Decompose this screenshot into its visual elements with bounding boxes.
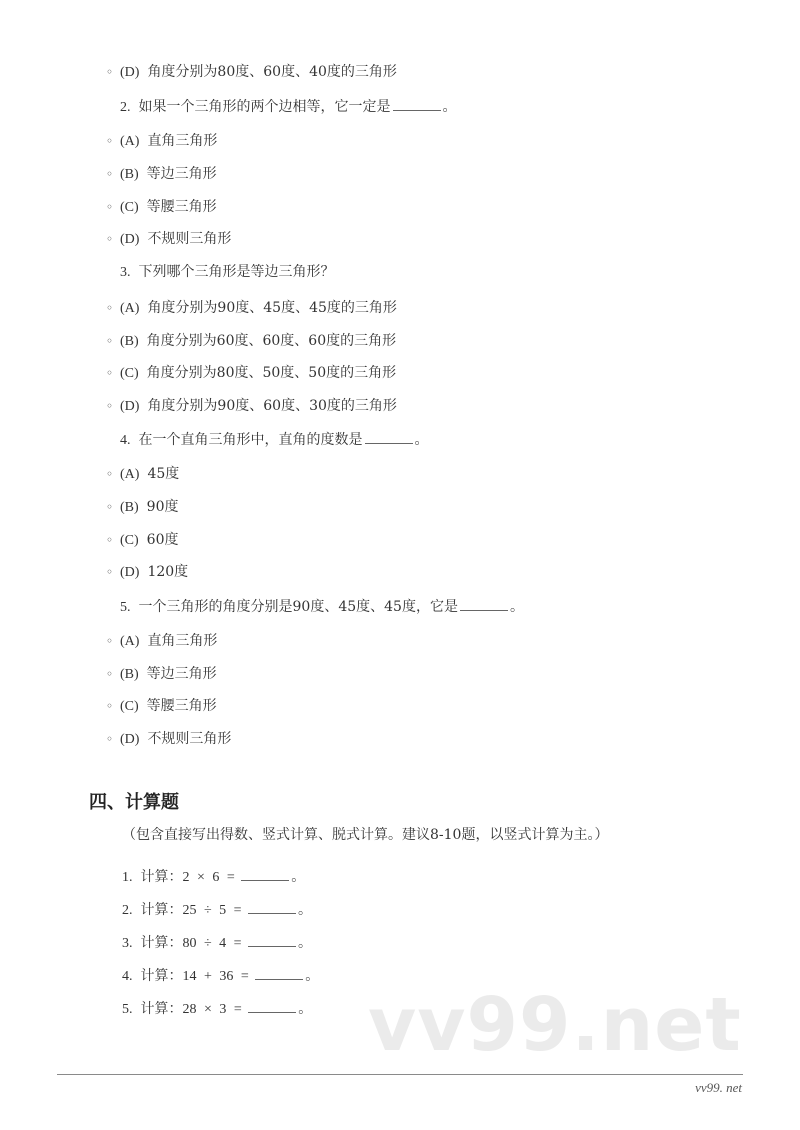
calc-label: 计算： [141, 1001, 183, 1017]
option-letter: (D) [120, 563, 139, 583]
calc-end: 。 [298, 902, 312, 918]
bullet-circle-icon: ◦ [106, 164, 120, 184]
question-end: 。 [510, 599, 524, 615]
answer-blank [393, 96, 441, 111]
option-item: ◦(D)120度 [106, 562, 188, 583]
option-text: 角度分别为80度、60度、40度的三角形 [147, 64, 396, 80]
bullet-circle-icon: ◦ [106, 530, 120, 550]
calc-item: 3.计算：80 ÷ 4 = 。 [122, 932, 312, 954]
option-letter: (D) [120, 230, 139, 250]
option-item: ◦(C)60度 [106, 530, 179, 551]
answer-blank [255, 965, 303, 980]
option-text: 不规则三角形 [147, 731, 231, 747]
option-item: ◦(B)角度分别为60度、60度、60度的三角形 [106, 331, 396, 352]
option-letter: (A) [120, 465, 139, 485]
answer-blank [460, 596, 508, 611]
option-letter: (C) [120, 198, 139, 218]
question-number: 3. [120, 263, 131, 283]
bullet-circle-icon: ◦ [106, 631, 120, 651]
option-text: 等腰三角形 [147, 698, 217, 714]
section-note: （包含直接写出得数、竖式计算、脱式计算。建议8-10题，以竖式计算为主。） [122, 825, 608, 845]
answer-blank [365, 429, 413, 444]
calc-label: 计算： [141, 935, 183, 951]
option-letter: (B) [120, 165, 139, 185]
watermark: vv99.net [368, 982, 742, 1068]
question-text: 下列哪个三角形是等边三角形？ [139, 264, 335, 280]
option-letter: (B) [120, 332, 139, 352]
option-text: 90度 [147, 499, 179, 515]
calc-number: 2. [122, 901, 133, 921]
question: 2.如果一个三角形的两个边相等，它一定是。 [120, 96, 457, 118]
option-item: ◦(B)等边三角形 [106, 664, 217, 685]
calc-expression: 2 × 6 = [183, 870, 235, 885]
bullet-circle-icon: ◦ [106, 298, 120, 318]
answer-blank [241, 866, 289, 881]
option-letter: (D) [120, 397, 139, 417]
option-text: 45度 [147, 466, 179, 482]
calc-end: 。 [305, 968, 319, 984]
bullet-circle-icon: ◦ [106, 562, 120, 582]
option-text: 直角三角形 [147, 633, 217, 649]
calc-label: 计算： [141, 869, 183, 885]
option-item: ◦(C)等腰三角形 [106, 696, 217, 717]
option-text: 120度 [147, 564, 188, 580]
bullet-circle-icon: ◦ [106, 229, 120, 249]
question-number: 5. [120, 598, 131, 618]
option-text: 角度分别为90度、60度、30度的三角形 [147, 398, 396, 414]
question-text: 一个三角形的角度分别是90度、45度、45度，它是 [139, 599, 458, 615]
option-item: ◦(A)直角三角形 [106, 631, 217, 652]
option-item: ◦(D)角度分别为80度、60度、40度的三角形 [106, 62, 397, 83]
option-text: 不规则三角形 [147, 231, 231, 247]
calc-number: 3. [122, 934, 133, 954]
calc-number: 1. [122, 868, 133, 888]
calc-label: 计算： [141, 968, 183, 984]
option-letter: (C) [120, 531, 139, 551]
option-letter: (B) [120, 498, 139, 518]
question: 4.在一个直角三角形中，直角的度数是。 [120, 429, 429, 451]
calc-item: 1.计算：2 × 6 = 。 [122, 866, 305, 888]
option-item: ◦(C)角度分别为80度、50度、50度的三角形 [106, 363, 396, 384]
option-letter: (A) [120, 299, 139, 319]
bullet-circle-icon: ◦ [106, 729, 120, 749]
calc-item: 4.计算：14 + 36 = 。 [122, 965, 319, 987]
bullet-circle-icon: ◦ [106, 363, 120, 383]
bullet-circle-icon: ◦ [106, 497, 120, 517]
bullet-circle-icon: ◦ [106, 464, 120, 484]
calc-item: 2.计算：25 ÷ 5 = 。 [122, 899, 312, 921]
calc-end: 。 [298, 1001, 312, 1017]
calc-expression: 28 × 3 = [183, 1002, 242, 1017]
option-text: 角度分别为90度、45度、45度的三角形 [147, 300, 396, 316]
question-end: 。 [415, 432, 429, 448]
option-item: ◦(B)90度 [106, 497, 179, 518]
bullet-circle-icon: ◦ [106, 696, 120, 716]
option-letter: (C) [120, 697, 139, 717]
calc-item: 5.计算：28 × 3 = 。 [122, 998, 312, 1020]
footer-divider [57, 1074, 743, 1075]
option-letter: (C) [120, 364, 139, 384]
calc-end: 。 [291, 869, 305, 885]
option-letter: (D) [120, 63, 139, 83]
option-text: 直角三角形 [147, 133, 217, 149]
footer-site-label: vv99. net [695, 1080, 742, 1096]
option-text: 等边三角形 [147, 666, 217, 682]
option-text: 60度 [147, 532, 179, 548]
question-text: 如果一个三角形的两个边相等，它一定是 [139, 99, 391, 115]
calc-label: 计算： [141, 902, 183, 918]
option-item: ◦(A)角度分别为90度、45度、45度的三角形 [106, 298, 397, 319]
option-item: ◦(D)不规则三角形 [106, 229, 231, 250]
option-item: ◦(A)45度 [106, 464, 179, 485]
bullet-circle-icon: ◦ [106, 197, 120, 217]
bullet-circle-icon: ◦ [106, 664, 120, 684]
option-letter: (B) [120, 665, 139, 685]
calc-expression: 80 ÷ 4 = [183, 936, 242, 951]
calc-expression: 25 ÷ 5 = [183, 903, 242, 918]
answer-blank [248, 899, 296, 914]
bullet-circle-icon: ◦ [106, 62, 120, 82]
question: 5.一个三角形的角度分别是90度、45度、45度，它是。 [120, 596, 524, 618]
option-item: ◦(D)不规则三角形 [106, 729, 231, 750]
option-item: ◦(D)角度分别为90度、60度、30度的三角形 [106, 396, 397, 417]
option-item: ◦(A)直角三角形 [106, 131, 217, 152]
calc-end: 。 [298, 935, 312, 951]
calc-expression: 14 + 36 = [183, 969, 249, 984]
question-end: 。 [443, 99, 457, 115]
answer-blank [248, 932, 296, 947]
option-item: ◦(B)等边三角形 [106, 164, 217, 185]
answer-blank [248, 998, 296, 1013]
calc-number: 5. [122, 1000, 133, 1020]
option-letter: (A) [120, 632, 139, 652]
option-letter: (A) [120, 132, 139, 152]
question-number: 2. [120, 98, 131, 118]
bullet-circle-icon: ◦ [106, 331, 120, 351]
option-letter: (D) [120, 730, 139, 750]
bullet-circle-icon: ◦ [106, 131, 120, 151]
option-text: 角度分别为80度、50度、50度的三角形 [147, 365, 396, 381]
question-text: 在一个直角三角形中，直角的度数是 [139, 432, 363, 448]
question: 3.下列哪个三角形是等边三角形？ [120, 262, 335, 283]
option-text: 角度分别为60度、60度、60度的三角形 [147, 333, 396, 349]
bullet-circle-icon: ◦ [106, 396, 120, 416]
option-item: ◦(C)等腰三角形 [106, 197, 217, 218]
option-text: 等腰三角形 [147, 199, 217, 215]
section-heading: 四、计算题 [89, 788, 179, 814]
question-number: 4. [120, 431, 131, 451]
calc-number: 4. [122, 967, 133, 987]
option-text: 等边三角形 [147, 166, 217, 182]
